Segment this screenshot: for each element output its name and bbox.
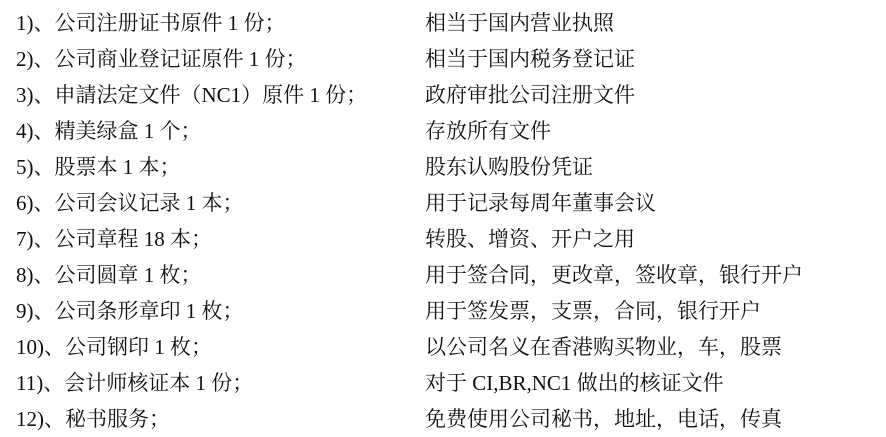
item-description: 存放所有文件 [425,113,886,149]
list-item: 6)、公司会议记录 1 本； 用于记录每周年董事会议 [0,185,886,221]
item-label: 11)、会计师核证本 1 份； [0,365,425,401]
item-description: 用于记录每周年董事会议 [425,185,886,221]
item-description: 转股、增资、开户之用 [425,221,886,257]
item-label: 4)、精美绿盒 1 个； [0,113,425,149]
item-label: 9)、公司条形章印 1 枚； [0,293,425,329]
list-item: 12)、秘书服务； 免费使用公司秘书，地址，电话，传真 [0,401,886,437]
item-label: 10)、公司钢印 1 枚； [0,329,425,365]
item-label: 3)、申請法定文件（NC1）原件 1 份； [0,77,425,113]
item-label: 5)、股票本 1 本； [0,149,425,185]
item-label: 8)、公司圆章 1 枚； [0,257,425,293]
item-label: 12)、秘书服务； [0,401,425,437]
list-item: 4)、精美绿盒 1 个； 存放所有文件 [0,113,886,149]
list-item: 7)、公司章程 18 本； 转股、增资、开户之用 [0,221,886,257]
list-item: 10)、公司钢印 1 枚； 以公司名义在香港购买物业，车，股票 [0,329,886,365]
list-item: 3)、申請法定文件（NC1）原件 1 份； 政府审批公司注册文件 [0,77,886,113]
list-item: 1)、公司注册证书原件 1 份； 相当于国内营业执照 [0,5,886,41]
list-item: 9)、公司条形章印 1 枚； 用于签发票，支票，合同，银行开户 [0,293,886,329]
item-description: 用于签发票，支票，合同，银行开户 [425,293,886,329]
item-description: 用于签合同，更改章，签收章，银行开户 [425,257,886,293]
list-item: 2)、公司商业登记证原件 1 份； 相当于国内税务登记证 [0,41,886,77]
list-item: 5)、股票本 1 本； 股东认购股份凭证 [0,149,886,185]
item-label: 7)、公司章程 18 本； [0,221,425,257]
list-item: 11)、会计师核证本 1 份； 对于 CI,BR,NC1 做出的核证文件 [0,365,886,401]
item-label: 2)、公司商业登记证原件 1 份； [0,41,425,77]
item-description: 相当于国内营业执照 [425,5,886,41]
item-label: 1)、公司注册证书原件 1 份； [0,5,425,41]
item-description: 股东认购股份凭证 [425,149,886,185]
item-description: 对于 CI,BR,NC1 做出的核证文件 [425,365,886,401]
item-label: 6)、公司会议记录 1 本； [0,185,425,221]
item-description: 政府审批公司注册文件 [425,77,886,113]
item-description: 以公司名义在香港购买物业，车，股票 [425,329,886,365]
list-item: 8)、公司圆章 1 枚； 用于签合同，更改章，签收章，银行开户 [0,257,886,293]
item-description: 相当于国内税务登记证 [425,41,886,77]
item-description: 免费使用公司秘书，地址，电话，传真 [425,401,886,437]
document-page: 1)、公司注册证书原件 1 份； 相当于国内营业执照 2)、公司商业登记证原件 … [0,0,886,437]
